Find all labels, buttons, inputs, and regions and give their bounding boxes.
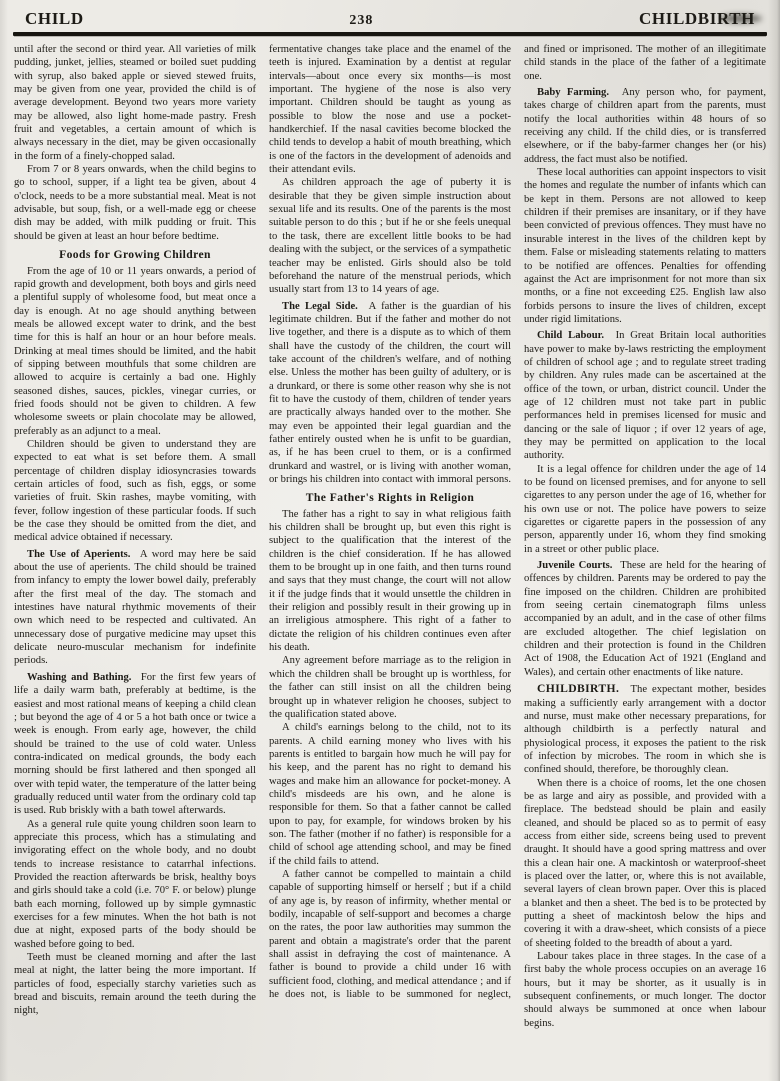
- run-in-heading: The Use of Aperients.: [27, 549, 140, 560]
- header-rule: [13, 32, 767, 36]
- paragraph: These local authorities can appoint insp…: [524, 166, 766, 326]
- paragraph: and fined or imprisoned. The mother of a…: [524, 43, 766, 83]
- paragraph: Baby Farming. Any person who, for paymen…: [524, 86, 766, 166]
- column-1: until after the second or third year. Al…: [14, 43, 256, 1030]
- column-2: fermentative changes take place and the …: [269, 43, 511, 1030]
- paragraph: The father has a right to say in what re…: [269, 508, 511, 655]
- paragraph: Labour takes place in three stages. In t…: [524, 950, 766, 1030]
- paragraph: A child's earnings belong to the child, …: [269, 721, 511, 868]
- paragraph: From 7 or 8 years onwards, when the chil…: [14, 163, 256, 243]
- section-heading: The Father's Rights in Religion: [269, 491, 511, 504]
- page-number: 238: [349, 13, 373, 29]
- run-in-heading: Baby Farming.: [537, 87, 622, 98]
- paragraph: CHILDBIRTH. The expectant mother, beside…: [524, 682, 766, 776]
- paragraph: Children should be given to understand t…: [14, 438, 256, 545]
- paragraph: Child Labour. In Great Britain local aut…: [524, 329, 766, 462]
- section-heading: Foods for Growing Children: [14, 248, 256, 261]
- paragraph: Any agreement before marriage as to the …: [269, 654, 511, 721]
- paragraph: As children approach the age of puberty …: [269, 176, 511, 296]
- paragraph: When there is a choice of rooms, let the…: [524, 777, 766, 950]
- column-3: and fined or imprisoned. The mother of a…: [524, 43, 766, 1030]
- text-columns: until after the second or third year. Al…: [11, 43, 769, 1030]
- run-in-heading: Child Labour.: [537, 330, 616, 341]
- paragraph: Juvenile Courts. These are held for the …: [524, 559, 766, 679]
- scan-artifact: [720, 14, 762, 23]
- run-in-heading: Juvenile Courts.: [537, 560, 620, 571]
- paragraph: The Legal Side. A father is the guardian…: [269, 300, 511, 487]
- page-header: CHILD 238 CHILDBIRTH: [11, 7, 769, 29]
- run-in-heading: CHILDBIRTH.: [537, 682, 631, 695]
- paragraph: A father cannot be compelled to maintain…: [269, 868, 511, 1001]
- paragraph: Teeth must be cleaned morning and after …: [14, 951, 256, 1018]
- paragraph: The Use of Aperients. A word may here be…: [14, 548, 256, 668]
- paragraph: until after the second or third year. Al…: [14, 43, 256, 163]
- paragraph: It is a legal offence for children under…: [524, 463, 766, 556]
- paragraph: From the age of 10 or 11 years onwards, …: [14, 265, 256, 438]
- paragraph: fermentative changes take place and the …: [269, 43, 511, 176]
- paragraph: As a general rule quite young children s…: [14, 818, 256, 951]
- book-page: CHILD 238 CHILDBIRTH until after the sec…: [0, 0, 780, 1081]
- header-keyword-left: CHILD: [25, 9, 84, 29]
- paragraph: Washing and Bathing. For the first few y…: [14, 671, 256, 818]
- run-in-heading: Washing and Bathing.: [27, 672, 141, 683]
- run-in-heading: The Legal Side.: [282, 301, 369, 312]
